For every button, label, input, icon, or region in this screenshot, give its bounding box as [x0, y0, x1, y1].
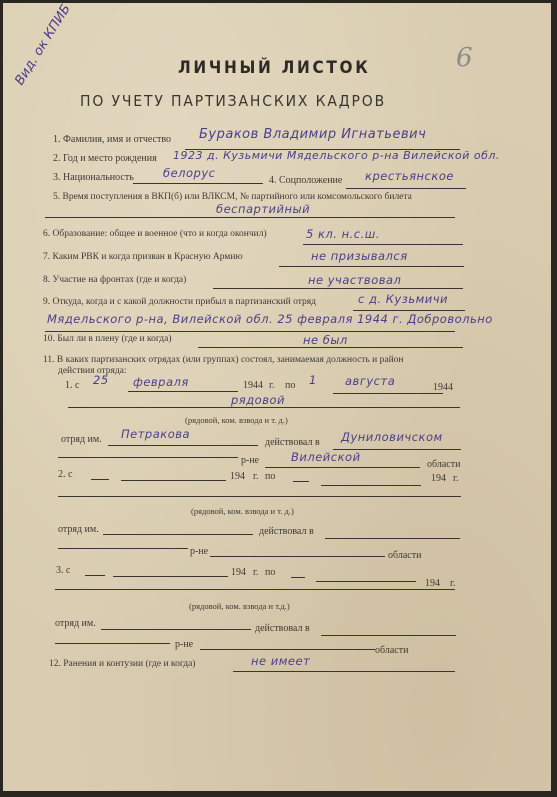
service-1-district: Дуниловичском — [341, 430, 443, 444]
field-5-label: 5. Время поступления в ВКП(б) или ВЛКСМ,… — [53, 192, 412, 202]
field-3-value: белорус — [163, 166, 215, 180]
service-2-acted-label: действовал в — [259, 526, 314, 537]
service-1-from-year: 1944 — [243, 380, 263, 391]
service-2-to-year: 194 — [431, 473, 446, 484]
field-12-value: не имеет — [251, 654, 310, 668]
service-1-region-label: области — [427, 459, 460, 470]
field-10-value: не был — [303, 333, 348, 347]
service-1-from-day: 25 — [93, 373, 109, 387]
field-2-label: 2. Год и место рождения — [53, 153, 157, 164]
service-2-po: по — [265, 471, 275, 482]
field-8-value: не участвовал — [308, 273, 401, 287]
service-1-district-label: р-не — [241, 455, 259, 466]
field-9-value-line2: Мядельского р-на, Вилейской обл. 25 февр… — [47, 312, 493, 326]
service-2-num: 2. с — [58, 469, 72, 480]
service-2-position-hint: (рядовой, ком. взвода и т. д.) — [191, 506, 294, 516]
field-3-label: 3. Национальность — [53, 172, 134, 183]
service-3-po: по — [265, 567, 275, 578]
service-3-acted-label: действовал в — [255, 623, 310, 634]
service-1-po: по — [285, 380, 295, 391]
service-3-from-year: 194 — [231, 567, 246, 578]
service-3-g1: г. — [253, 567, 258, 578]
service-3-region-label: области — [375, 645, 408, 656]
document-page: Вид. ок КПИБ ЛИЧНЫЙ ЛИСТОК 6 ПО УЧЕТУ ПА… — [3, 3, 551, 791]
service-1-detachment-label: отряд им. — [61, 434, 102, 445]
service-3-to-year: 194 — [425, 578, 440, 589]
service-1-region: Вилейской — [291, 450, 361, 464]
service-1-from-month: февраля — [133, 375, 189, 389]
service-3-district-label: р-не — [175, 639, 193, 650]
field-8-label: 8. Участие на фронтах (где и когда) — [43, 275, 186, 285]
service-2-region-label: области — [388, 550, 421, 561]
service-1-to-month: августа — [345, 374, 395, 388]
field-6-label: 6. Образование: общее и военное (что и к… — [43, 229, 267, 239]
field-1-label: 1. Фамилия, имя и отчество — [53, 134, 171, 145]
service-1-acted-label: действовал в — [265, 437, 320, 448]
field-11-label: 11. В каких партизанских отрядах (или гр… — [43, 355, 404, 365]
field-9-value-line1: с д. Кузьмичи — [358, 292, 448, 306]
field-2-value: 1923 д. Кузьмичи Мядельского р-на Вилейс… — [173, 149, 500, 162]
field-5-value: беспартийный — [216, 202, 310, 216]
service-2-detachment-label: отряд им. — [58, 524, 99, 535]
page-title: ЛИЧНЫЙ ЛИСТОК — [178, 58, 370, 78]
service-1-num: 1. с — [65, 380, 79, 391]
field-4-label: 4. Соцположение — [269, 175, 342, 186]
service-3-detachment-label: отряд им. — [55, 618, 96, 629]
service-3-num: 3. с — [56, 565, 70, 576]
service-1-position: рядовой — [231, 393, 285, 407]
field-7-label: 7. Каким РВК и когда призван в Красную А… — [43, 252, 243, 262]
field-12-label: 12. Ранения и контузии (где и когда) — [49, 659, 195, 669]
field-9-label: 9. Откуда, когда и с какой должности при… — [43, 297, 316, 307]
service-2-g1: г. — [253, 471, 258, 482]
archive-stamp: Вид. ок КПИБ — [12, 2, 74, 88]
service-1-position-hint: (рядовой, ком. взвода и т. д.) — [185, 415, 288, 425]
page-subtitle: ПО УЧЕТУ ПАРТИЗАНСКИХ КАДРОВ — [80, 92, 386, 110]
service-1-to-year: 1944 — [433, 382, 453, 393]
service-2-g2: г. — [453, 473, 458, 484]
field-6-value: 5 кл. н.с.ш. — [306, 227, 380, 241]
service-1-to-day: 1 — [309, 373, 317, 387]
field-1-value: Бураков Владимир Игнатьевич — [199, 127, 426, 142]
service-3-g2: г. — [450, 578, 455, 589]
service-2-from-year: 194 — [230, 471, 245, 482]
service-1-g1: г. — [269, 380, 274, 391]
field-10-label: 10. Был ли в плену (где и когда) — [43, 334, 172, 344]
field-4-value: крестьянское — [365, 169, 454, 183]
page-number: 6 — [456, 43, 473, 73]
service-3-position-hint: (рядовой, ком. взвода и т.д.) — [189, 601, 290, 611]
service-1-detachment: Петракова — [121, 427, 190, 441]
service-2-district-label: р-не — [190, 546, 208, 557]
field-7-value: не призывался — [311, 249, 408, 263]
